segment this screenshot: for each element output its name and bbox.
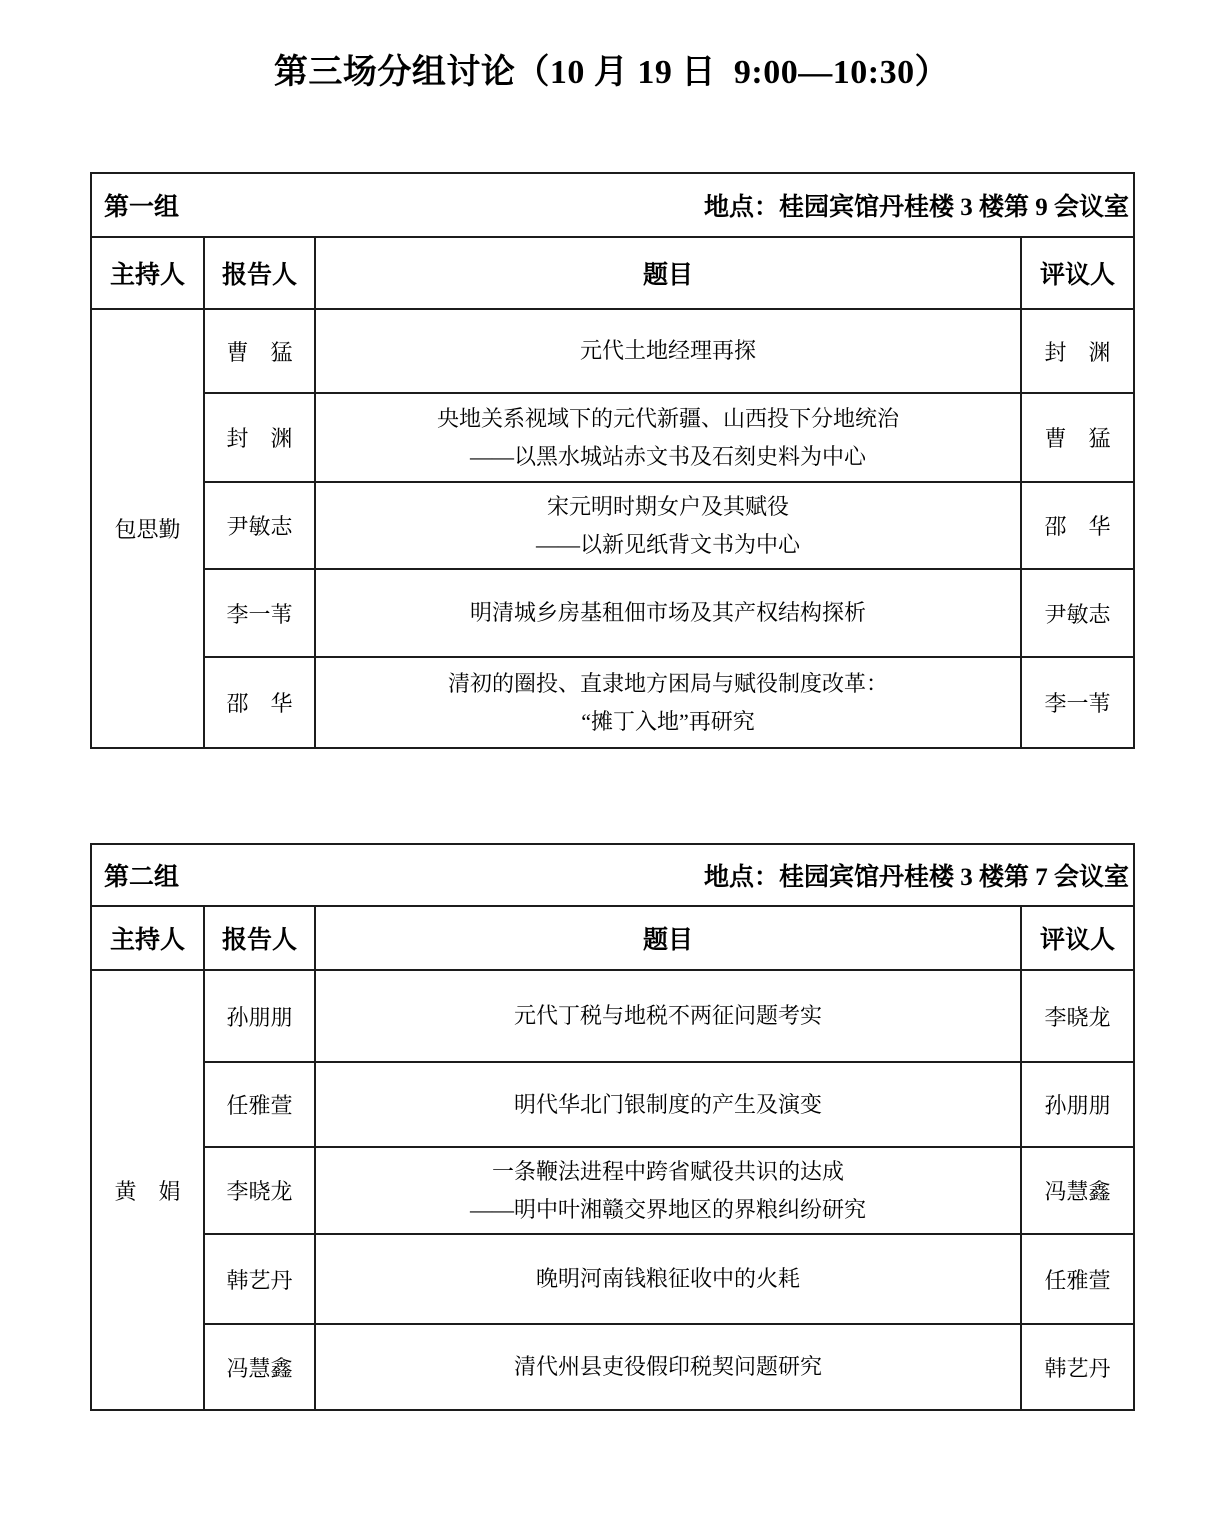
document-page: 第三场分组讨论（10 月 19 日 9:00—10:30） 第一组 地点：桂园宾… bbox=[0, 0, 1223, 1526]
table-row: 李晓龙 一条鞭法进程中跨省赋役共识的达成 ——明中叶湘赣交界地区的界粮纠纷研究 … bbox=[91, 1147, 1134, 1234]
discussant: 韩艺丹 bbox=[1021, 1324, 1134, 1410]
group-1-table: 第一组 地点：桂园宾馆丹桂楼 3 楼第 9 会议室 主持人 报告人 题目 评议人… bbox=[90, 172, 1135, 749]
topic: 清初的圈投、直隶地方困局与赋役制度改革： “摊丁入地”再研究 bbox=[315, 657, 1021, 748]
group-1-location: 地点：桂园宾馆丹桂楼 3 楼第 9 会议室 bbox=[704, 187, 1129, 223]
presenter: 曹 猛 bbox=[204, 309, 315, 393]
table-row: 冯慧鑫 清代州县吏役假印税契问题研究 韩艺丹 bbox=[91, 1324, 1134, 1410]
discussant: 封 渊 bbox=[1021, 309, 1134, 393]
discussant: 曹 猛 bbox=[1021, 393, 1134, 482]
col-header-presenter: 报告人 bbox=[204, 237, 315, 309]
table-row: 任雅萱 明代华北门银制度的产生及演变 孙朋朋 bbox=[91, 1062, 1134, 1147]
presenter: 冯慧鑫 bbox=[204, 1324, 315, 1410]
group-2-table: 第二组 地点：桂园宾馆丹桂楼 3 楼第 7 会议室 主持人 报告人 题目 评议人… bbox=[90, 843, 1135, 1411]
col-header-topic: 题目 bbox=[315, 906, 1021, 970]
page-title: 第三场分组讨论（10 月 19 日 9:00—10:30） bbox=[0, 44, 1223, 93]
table-row: 封 渊 央地关系视域下的元代新疆、山西投下分地统治 ——以黑水城站赤文书及石刻史… bbox=[91, 393, 1134, 482]
discussant: 李晓龙 bbox=[1021, 970, 1134, 1062]
discussant: 尹敏志 bbox=[1021, 569, 1134, 657]
table-row: 韩艺丹 晚明河南钱粮征收中的火耗 任雅萱 bbox=[91, 1234, 1134, 1324]
presenter: 邵 华 bbox=[204, 657, 315, 748]
group-2-location: 地点：桂园宾馆丹桂楼 3 楼第 7 会议室 bbox=[704, 857, 1129, 893]
topic: 明清城乡房基租佃市场及其产权结构探析 bbox=[315, 569, 1021, 657]
group-2-header-row: 第二组 地点：桂园宾馆丹桂楼 3 楼第 7 会议室 bbox=[91, 844, 1134, 906]
topic: 明代华北门银制度的产生及演变 bbox=[315, 1062, 1021, 1147]
table-row: 李一苇 明清城乡房基租佃市场及其产权结构探析 尹敏志 bbox=[91, 569, 1134, 657]
presenter: 任雅萱 bbox=[204, 1062, 315, 1147]
presenter: 孙朋朋 bbox=[204, 970, 315, 1062]
topic: 元代丁税与地税不两征问题考实 bbox=[315, 970, 1021, 1062]
group-1-moderator: 包思勤 bbox=[91, 309, 204, 748]
group-1-header-row: 第一组 地点：桂园宾馆丹桂楼 3 楼第 9 会议室 bbox=[91, 173, 1134, 237]
discussant: 李一苇 bbox=[1021, 657, 1134, 748]
group-2-column-header-row: 主持人 报告人 题目 评议人 bbox=[91, 906, 1134, 970]
col-header-topic: 题目 bbox=[315, 237, 1021, 309]
discussant: 任雅萱 bbox=[1021, 1234, 1134, 1324]
topic: 晚明河南钱粮征收中的火耗 bbox=[315, 1234, 1021, 1324]
group-1-column-header-row: 主持人 报告人 题目 评议人 bbox=[91, 237, 1134, 309]
topic: 宋元明时期女户及其赋役 ——以新见纸背文书为中心 bbox=[315, 482, 1021, 569]
col-header-discussant: 评议人 bbox=[1021, 237, 1134, 309]
table-row: 黄 娟 孙朋朋 元代丁税与地税不两征问题考实 李晓龙 bbox=[91, 970, 1134, 1062]
col-header-discussant: 评议人 bbox=[1021, 906, 1134, 970]
col-header-moderator: 主持人 bbox=[91, 237, 204, 309]
topic: 一条鞭法进程中跨省赋役共识的达成 ——明中叶湘赣交界地区的界粮纠纷研究 bbox=[315, 1147, 1021, 1234]
topic: 元代土地经理再探 bbox=[315, 309, 1021, 393]
topic: 央地关系视域下的元代新疆、山西投下分地统治 ——以黑水城站赤文书及石刻史料为中心 bbox=[315, 393, 1021, 482]
group-2-name: 第二组 bbox=[104, 857, 179, 893]
presenter: 李一苇 bbox=[204, 569, 315, 657]
table-row: 邵 华 清初的圈投、直隶地方困局与赋役制度改革： “摊丁入地”再研究 李一苇 bbox=[91, 657, 1134, 748]
presenter: 李晓龙 bbox=[204, 1147, 315, 1234]
topic: 清代州县吏役假印税契问题研究 bbox=[315, 1324, 1021, 1410]
group-2-moderator: 黄 娟 bbox=[91, 970, 204, 1410]
presenter: 封 渊 bbox=[204, 393, 315, 482]
col-header-moderator: 主持人 bbox=[91, 906, 204, 970]
presenter: 韩艺丹 bbox=[204, 1234, 315, 1324]
discussant: 邵 华 bbox=[1021, 482, 1134, 569]
col-header-presenter: 报告人 bbox=[204, 906, 315, 970]
group-1-name: 第一组 bbox=[104, 187, 179, 223]
table-row: 尹敏志 宋元明时期女户及其赋役 ——以新见纸背文书为中心 邵 华 bbox=[91, 482, 1134, 569]
discussant: 孙朋朋 bbox=[1021, 1062, 1134, 1147]
presenter: 尹敏志 bbox=[204, 482, 315, 569]
table-row: 包思勤 曹 猛 元代土地经理再探 封 渊 bbox=[91, 309, 1134, 393]
discussant: 冯慧鑫 bbox=[1021, 1147, 1134, 1234]
